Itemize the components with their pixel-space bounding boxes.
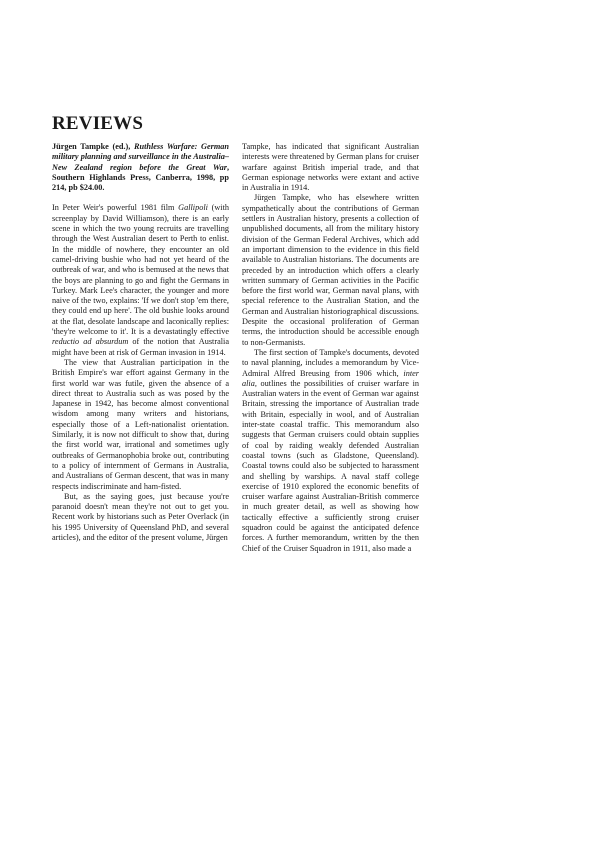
film-title: Gallipoli — [178, 203, 208, 212]
paragraph: But, as the saying goes, just because yo… — [52, 492, 229, 543]
text-run: (with screenplay by David Williamson), t… — [52, 203, 229, 336]
section-heading: REVIEWS — [52, 113, 143, 135]
paragraph: The view that Australian participation i… — [52, 358, 229, 492]
paragraph: The first section of Tampke's documents,… — [242, 348, 419, 554]
text-run: , outlines the possibilities of cruiser … — [242, 379, 419, 553]
paragraph: In Peter Weir's powerful 1981 film Galli… — [52, 203, 229, 357]
right-column: Tampke, has indicated that significant A… — [242, 142, 419, 554]
left-column: Jürgen Tampke (ed.), Ruthless Warfare: G… — [52, 142, 229, 543]
latin-phrase: reductio ad absurdum — [52, 337, 128, 346]
paragraph: Tampke, has indicated that significant A… — [242, 142, 419, 193]
text-run: The first section of Tampke's documents,… — [242, 348, 419, 378]
paragraph: Jürgen Tampke, who has elsewhere written… — [242, 193, 419, 347]
citation-author: Jürgen Tampke (ed.), — [52, 142, 134, 151]
text-run: In Peter Weir's powerful 1981 film — [52, 203, 178, 212]
book-citation: Jürgen Tampke (ed.), Ruthless Warfare: G… — [52, 142, 229, 193]
